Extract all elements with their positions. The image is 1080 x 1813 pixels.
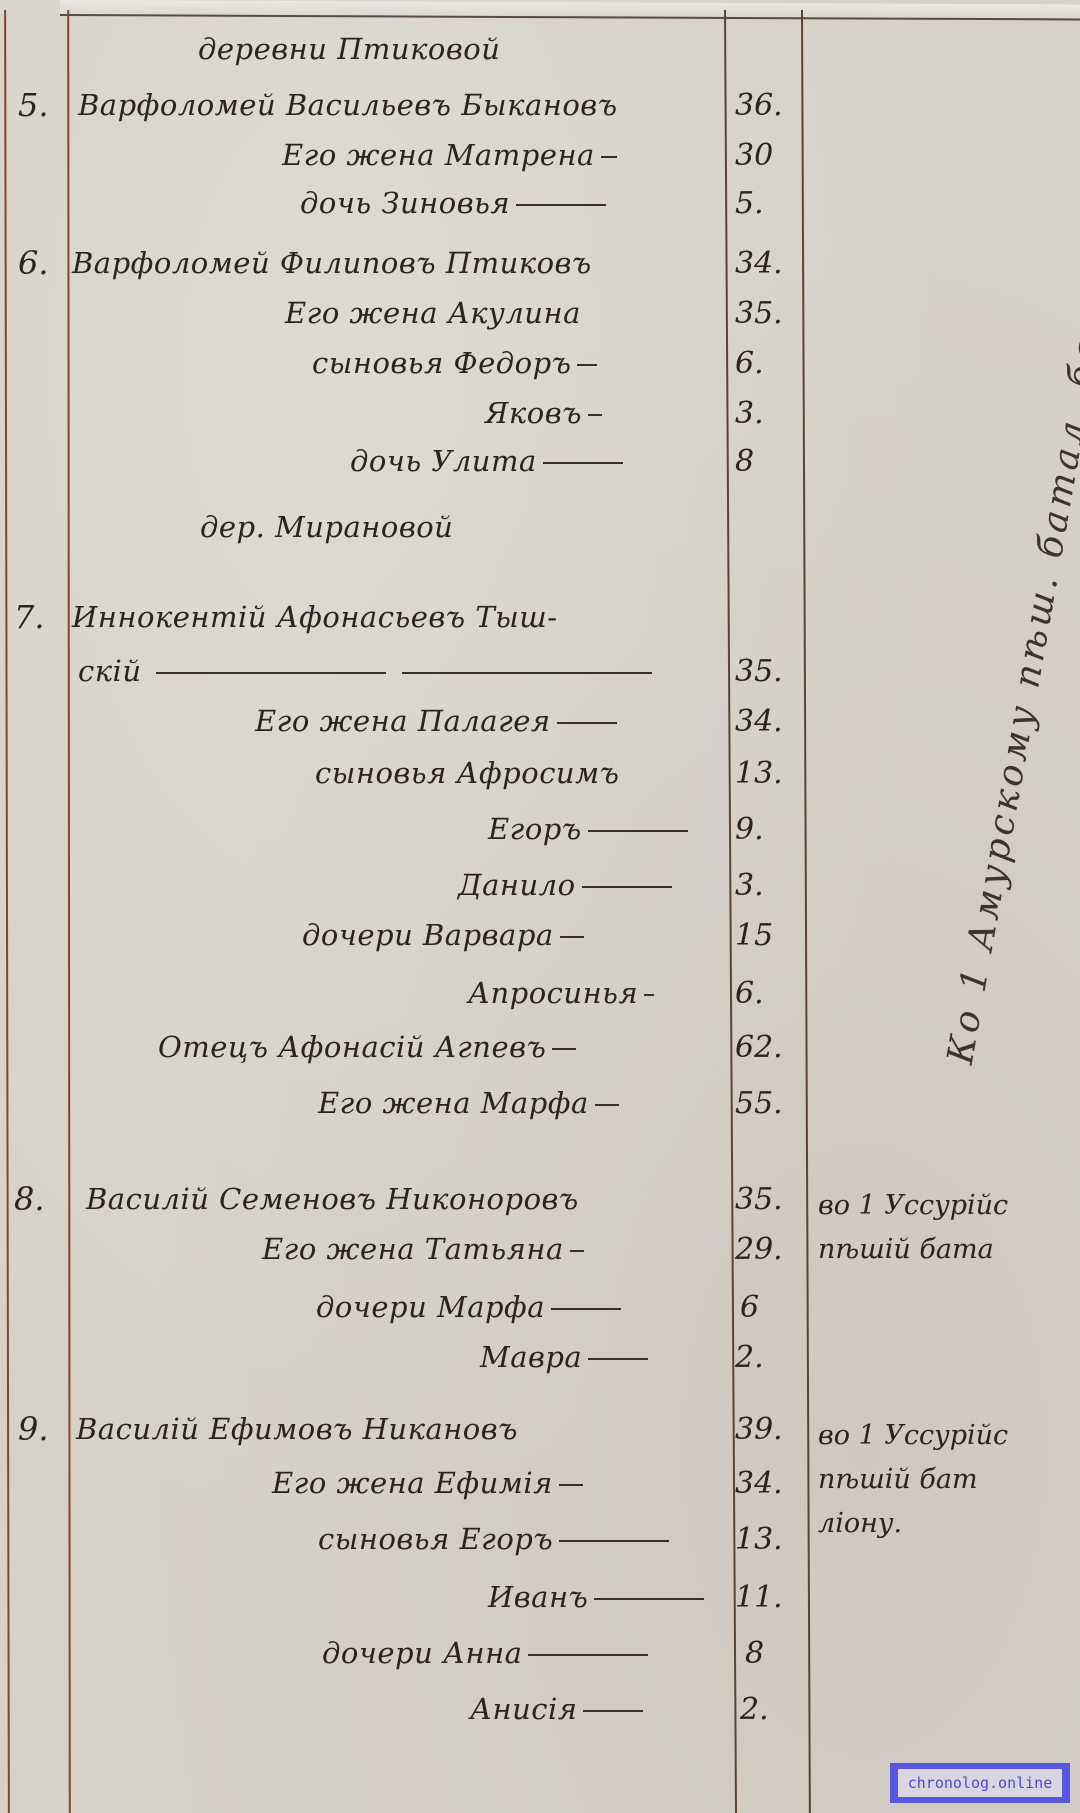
member-name: Его жена Акулина [285, 296, 581, 330]
member-name: Апросинья [468, 976, 654, 1010]
member-name: сыновья Егоръ [318, 1522, 669, 1556]
age: 5. [735, 186, 764, 221]
dash [588, 414, 602, 416]
age-column-rule-right [801, 10, 811, 1813]
left-margin-rule [4, 10, 10, 1813]
age: 6 [740, 1290, 759, 1325]
member-name: сыновья Афросимъ [315, 756, 620, 790]
household-head: Василiй Семеновъ Никоноровъ [86, 1182, 579, 1216]
entry-number: 8. [14, 1180, 45, 1218]
dash [557, 722, 617, 724]
age: 8 [745, 1636, 764, 1671]
dash [583, 1710, 643, 1712]
age: 29. [735, 1232, 783, 1267]
section-heading: дер. Мирановой [200, 510, 453, 544]
age: 11. [735, 1580, 783, 1615]
military-note: во 1 Уссурiйс пѣшiй бат лiону. [818, 1414, 1008, 1546]
age: 15 [735, 918, 773, 953]
dash [594, 1598, 704, 1600]
member-name: Мавра [480, 1340, 648, 1374]
age: 39. [735, 1412, 783, 1447]
age: 2. [740, 1692, 769, 1727]
household-head: Варфоломей Васильевъ Быкановъ [78, 88, 618, 122]
age: 35. [735, 1182, 783, 1217]
household-head-continuation: скiй [78, 654, 652, 688]
age: 34. [735, 1466, 783, 1501]
age: 13. [735, 756, 783, 791]
dash [156, 672, 386, 674]
entry-number: 6. [18, 244, 49, 282]
dash [588, 1358, 648, 1360]
member-name: Его жена Матрена [282, 138, 617, 172]
page-top-edge [60, 0, 1080, 20]
age: 2. [735, 1340, 764, 1375]
member-name: Яковъ [485, 396, 602, 430]
dash [595, 1104, 619, 1106]
age: 62. [735, 1030, 783, 1065]
household-head: Варфоломей Филиповъ Птиковъ [72, 246, 592, 280]
member-name: дочери Анна [322, 1636, 648, 1670]
member-name: сыновья Федоръ [312, 346, 597, 380]
dash [551, 1308, 621, 1310]
household-head: Василiй Ефимовъ Никановъ [76, 1412, 518, 1446]
dash [570, 1250, 584, 1252]
entry-number-rule [67, 10, 71, 1813]
dash [559, 1540, 669, 1542]
dash [543, 462, 623, 464]
dash [588, 830, 688, 832]
member-name: дочери Марфа [316, 1290, 621, 1324]
watermark-text: chronolog.online [898, 1769, 1062, 1797]
member-name: Его жена Ефимiя [272, 1466, 583, 1500]
dash [559, 1484, 583, 1486]
dash [528, 1654, 648, 1656]
age: 34. [735, 246, 783, 281]
watermark-badge: chronolog.online [890, 1763, 1070, 1803]
entry-number: 9. [18, 1410, 49, 1448]
section-heading: деревни Птиковой [198, 32, 500, 66]
member-name: Его жена Татьяна [262, 1232, 584, 1266]
age: 8 [735, 444, 754, 479]
member-name: Его жена Марфа [318, 1086, 619, 1120]
dash [552, 1048, 576, 1050]
dash [644, 994, 654, 996]
dash [601, 156, 617, 158]
vertical-annotation: Ко 1 Амурскому пѣш. батал. баталiону [940, 152, 1080, 1068]
military-note: во 1 Уссурiйс пѣшiй бата [818, 1184, 1008, 1272]
age: 35. [735, 654, 783, 689]
age: 6. [735, 346, 764, 381]
entry-number: 5. [18, 86, 49, 124]
dash [577, 364, 597, 366]
dash [516, 204, 606, 206]
member-name: дочь Зиновья [300, 186, 606, 220]
age: 36. [735, 88, 783, 123]
member-name: Анисiя [470, 1692, 643, 1726]
age: 3. [735, 868, 764, 903]
household-head: Иннокентiй Афонасьевъ Тыш- [72, 600, 558, 634]
member-name: Его жена Палагея [255, 704, 617, 738]
age: 55. [735, 1086, 783, 1121]
age: 35. [735, 296, 783, 331]
member-name: дочери Варвара [302, 918, 584, 952]
dash [560, 936, 584, 938]
member-name: Егоръ [488, 812, 688, 846]
member-name: дочь Улита [350, 444, 623, 478]
dash [402, 672, 652, 674]
age: 13. [735, 1522, 783, 1557]
member-name: Данило [458, 868, 672, 902]
member-name: Отецъ Афонасiй Агпевъ [158, 1030, 576, 1064]
dash [582, 886, 672, 888]
entry-number: 7. [14, 598, 45, 636]
age: 6. [735, 976, 764, 1011]
age: 3. [735, 396, 764, 431]
register-page: деревни Птиковой 5. Варфоломей Васильевъ… [0, 0, 1080, 1813]
age: 30 [735, 138, 773, 173]
member-name: Иванъ [488, 1580, 704, 1614]
age: 34. [735, 704, 783, 739]
age: 9. [735, 812, 764, 847]
